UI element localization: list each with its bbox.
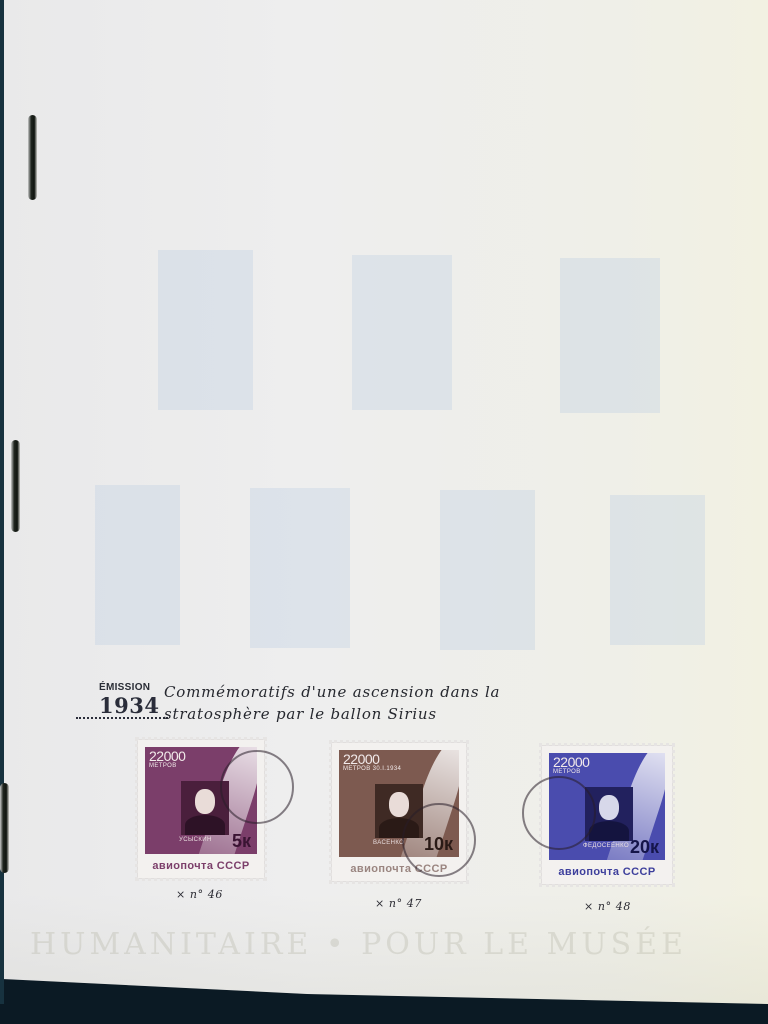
ghost-impression — [250, 488, 350, 648]
punch-hole — [11, 440, 20, 532]
stamp-value: 5к — [232, 831, 251, 852]
stamp-inscription: авиопочта СССР — [145, 860, 257, 872]
ghost-impression — [610, 495, 705, 645]
ghost-impression — [158, 250, 253, 410]
punch-hole — [28, 115, 37, 200]
show-through-text: HUMANITAIRE • POUR LE MUSÉE — [30, 927, 768, 962]
ghost-impression — [352, 255, 452, 410]
emission-label: ÉMISSION — [99, 682, 150, 693]
caption-line-1: Commémoratifs d'une ascension dans la — [164, 683, 500, 701]
caption-line-2: stratosphère par le ballon Sirius — [164, 705, 437, 723]
stamp-altitude: 22000 — [343, 752, 379, 766]
postmark — [402, 803, 476, 877]
stamp-name: УСЫСКИН — [179, 837, 212, 843]
ghost-impression — [560, 258, 660, 413]
stamp-subtitle: МЕТРОВ 30.I.1934 — [343, 766, 401, 772]
ghost-impression — [440, 490, 535, 650]
stamp-subtitle: МЕТРОВ — [149, 763, 177, 769]
punch-hole — [0, 783, 9, 873]
catalog-ref: × n° 48 — [584, 900, 631, 913]
postmark — [220, 750, 294, 824]
stamp-altitude: 22000 — [149, 749, 185, 763]
stamp-inscription: авиопочта СССР — [549, 866, 665, 878]
emission-year: 1934 — [99, 693, 159, 718]
stamp-subtitle: МЕТРОВ — [553, 769, 581, 775]
ghost-impression — [95, 485, 180, 645]
stamp-name: ФЕДОСЕЕНКО — [583, 843, 629, 849]
stamp-20k: 22000 МЕТРОВ ФЕДОСЕЕНКО 20к авиопочта СС… — [542, 746, 672, 884]
album-page: HUMANITAIRE • POUR LE MUSÉE ÉMISSION 193… — [0, 0, 768, 1004]
stamp-altitude: 22000 — [553, 755, 589, 769]
stamp-10k: 22000 МЕТРОВ 30.I.1934 ВАСЕНКО 10к авиоп… — [332, 743, 466, 881]
dotted-rule — [76, 717, 168, 719]
catalog-ref: × n° 46 — [176, 888, 223, 901]
catalog-ref: × n° 47 — [375, 897, 422, 910]
stamp-name: ВАСЕНКО — [373, 840, 404, 846]
postmark — [522, 776, 596, 850]
stamp-5k: 22000 МЕТРОВ УСЫСКИН 5к авиопочта СССР — [138, 740, 264, 878]
stamp-value: 20к — [630, 837, 659, 858]
